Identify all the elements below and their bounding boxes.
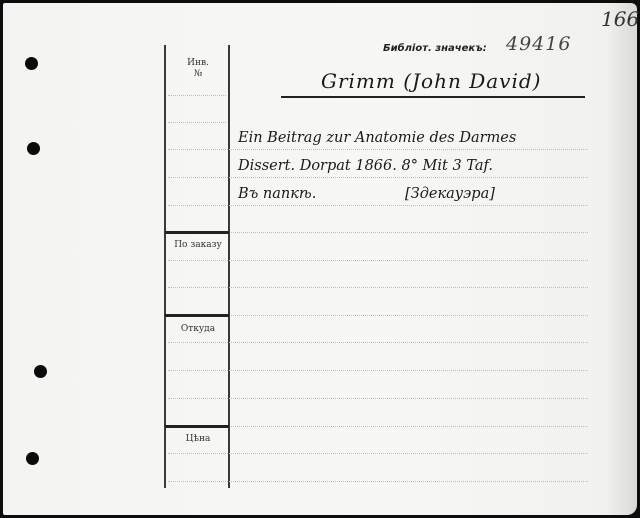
ruled-line [168,205,588,206]
punch-hole [25,57,38,70]
section-divider [165,314,229,317]
library-mark-label: Библіот. значекъ: [383,43,487,54]
collection-note: [Здекауэра] [405,186,495,202]
source-label: Откуда [168,324,228,334]
punch-hole [34,365,47,378]
ruled-line [168,370,588,371]
author-underline [281,96,585,98]
ruled-line [231,315,588,316]
punch-hole [26,452,39,465]
library-mark-value: 49416 [506,33,571,55]
location-note: Въ папкѣ. [238,186,316,202]
page-number: 166 [601,7,639,31]
ruled-line [168,342,588,343]
catalog-card: 166 Библіот. значекъ: 49416 Инв. № Grimm… [3,3,637,515]
ruled-line [168,95,226,96]
ruled-line [168,453,588,454]
left-column-border [164,45,166,488]
price-label: Цѣна [168,434,228,444]
ruled-line [231,232,588,233]
inv-label: Инв. [168,58,228,68]
ruled-line [168,122,226,123]
ruled-line [168,287,588,288]
ruled-line [168,398,588,399]
section-divider [165,425,229,428]
ruled-line [168,177,588,178]
ruled-line [231,426,588,427]
publication-line: Dissert. Dorpat 1866. 8° Mit 3 Taf. [238,158,493,174]
order-label: По заказу [168,240,228,250]
title-line: Ein Beitrag zur Anatomie des Darmes [238,130,516,146]
ruled-line [168,481,588,482]
column-divider [228,45,230,488]
ruled-line [168,260,588,261]
section-divider [165,231,229,234]
number-label: № [168,69,228,79]
ruled-line [168,149,588,150]
punch-hole [27,142,40,155]
author-name: Grimm (John David) [321,69,541,93]
